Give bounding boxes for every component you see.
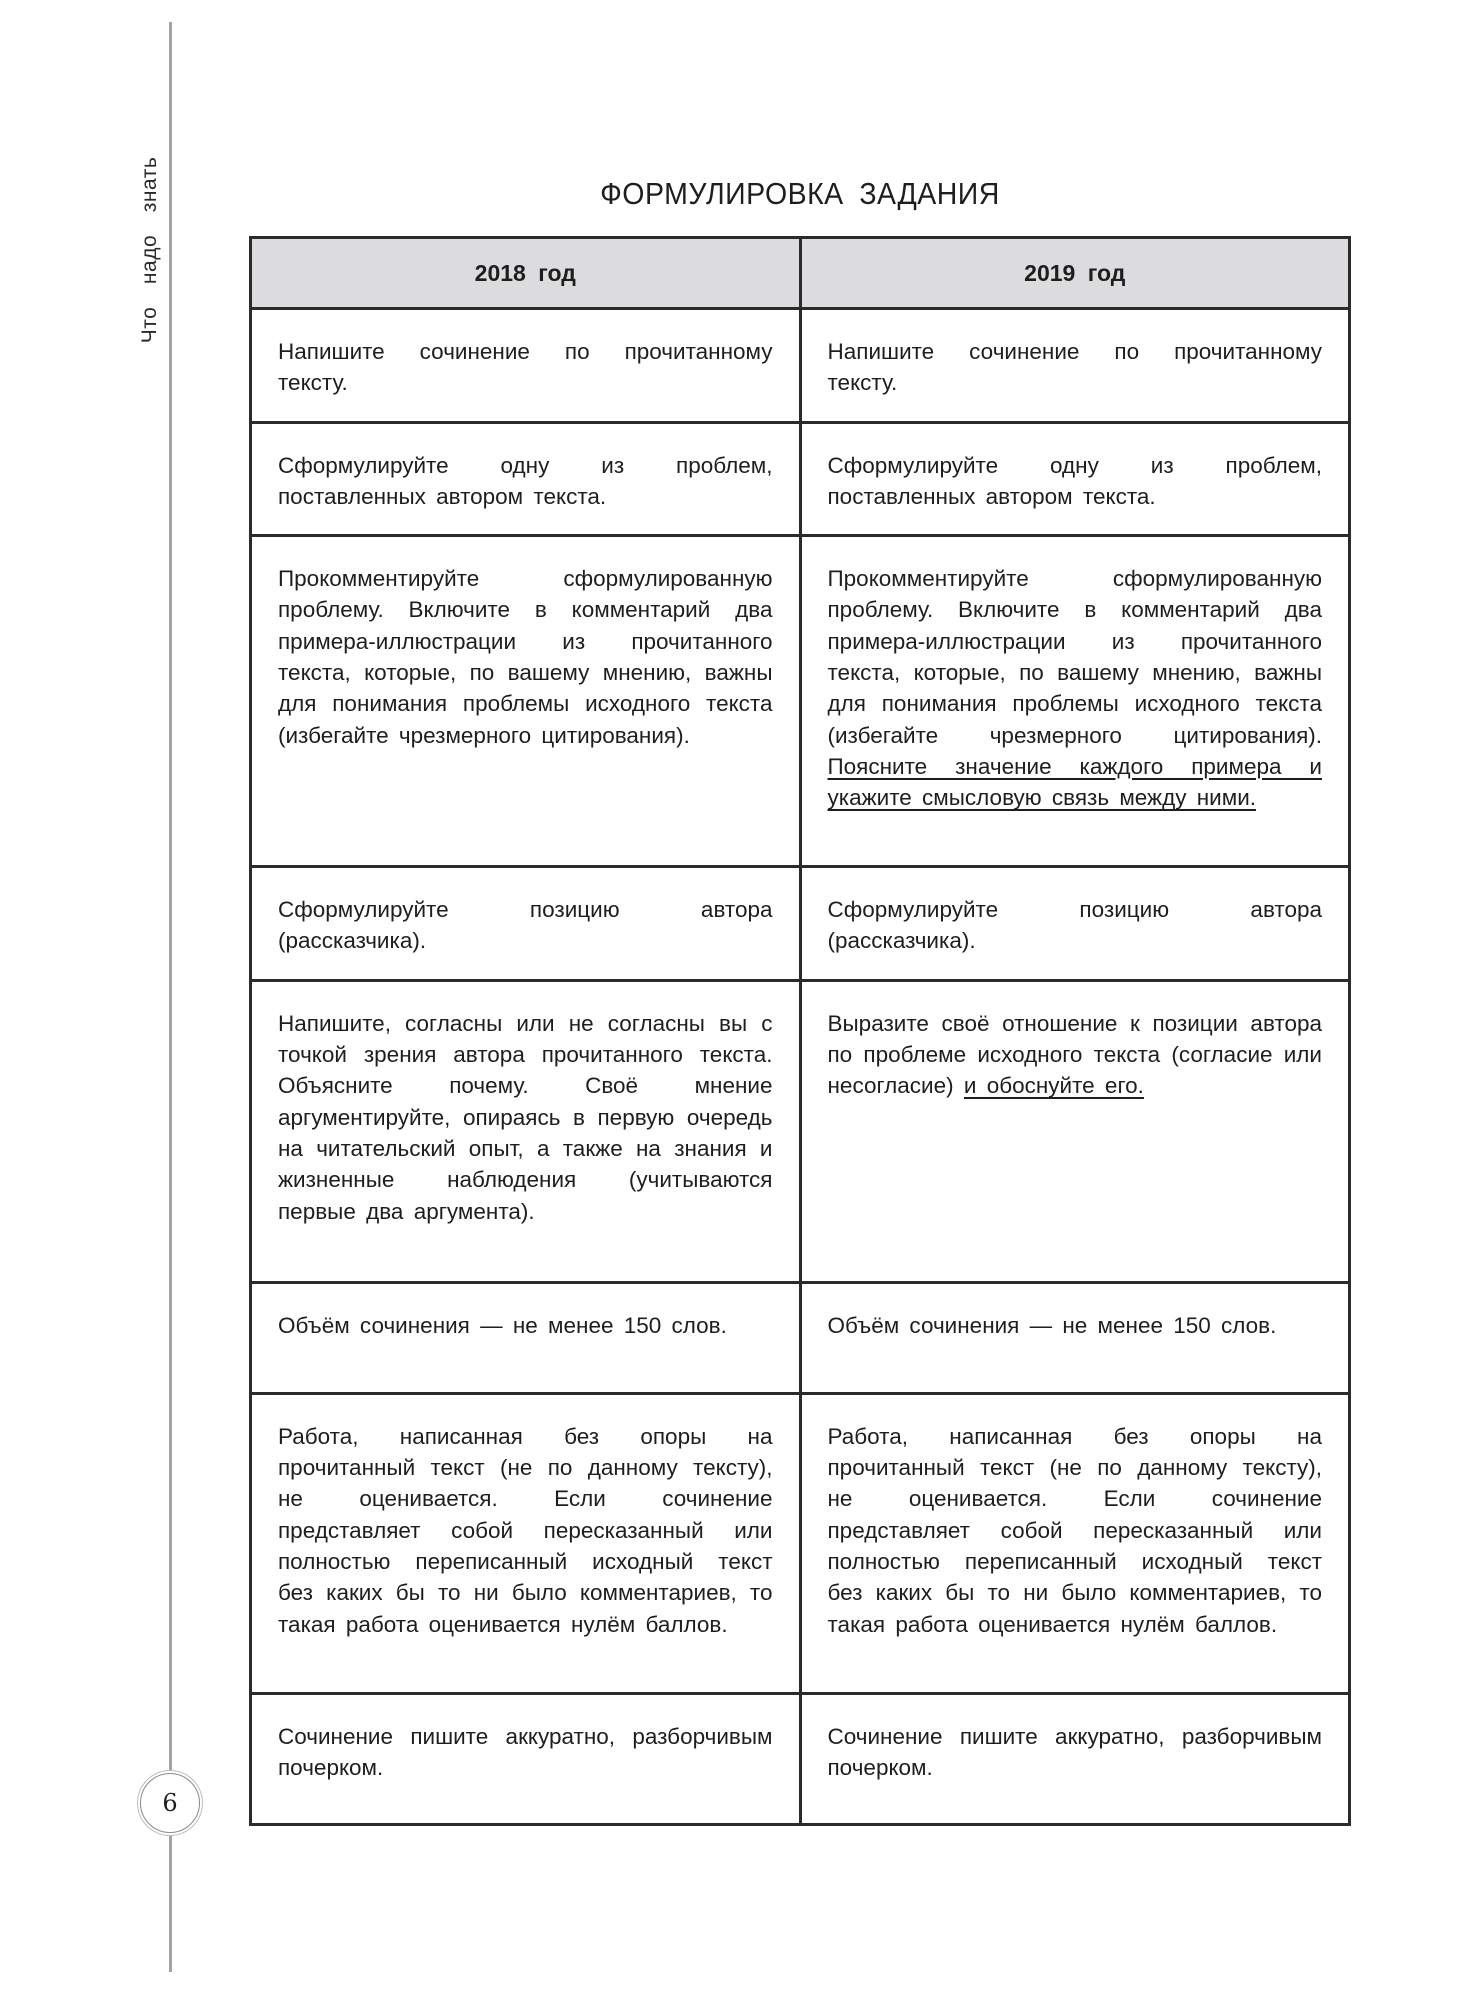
task-comparison-table: 2018 год 2019 год Напишите сочинение по …: [249, 236, 1351, 1826]
emphasized-text: Поясните значение каждого примера и укаж…: [828, 754, 1323, 810]
cell-2019: Прокомментируйте сформулированную пробле…: [800, 536, 1350, 867]
cell-2018: Сформулируйте одну из проблем, поставлен…: [251, 422, 801, 536]
cell-2018: Сформулируйте позицию автора (рассказчик…: [251, 867, 801, 981]
page-number-badge: 6: [140, 1773, 200, 1833]
cell-2019: Выразите своё отношение к позиции автора…: [800, 980, 1350, 1282]
cell-text: Объём сочинения — не менее 150 слов.: [278, 1313, 727, 1338]
table-row: Работа, написанная без опоры на прочитан…: [251, 1393, 1350, 1693]
running-head: Что надо знать: [138, 157, 162, 344]
table-row: Напишите сочинение по прочитанному текст…: [251, 309, 1350, 423]
cell-2018: Объём сочинения — не менее 150 слов.: [251, 1282, 801, 1393]
cell-text: Прокомментируйте сформулированную пробле…: [828, 566, 1323, 747]
cell-text: Сформулируйте позицию автора (рассказчик…: [828, 897, 1323, 953]
cell-2018: Прокомментируйте сформулированную пробле…: [251, 536, 801, 867]
table-row: Прокомментируйте сформулированную пробле…: [251, 536, 1350, 867]
cell-2019: Объём сочинения — не менее 150 слов.: [800, 1282, 1350, 1393]
table-row: Сформулируйте одну из проблем, поставлен…: [251, 422, 1350, 536]
column-header-2019: 2019 год: [800, 238, 1350, 309]
table-row: Сформулируйте позицию автора (рассказчик…: [251, 867, 1350, 981]
cell-text: Сформулируйте одну из проблем, поставлен…: [278, 453, 773, 509]
cell-text: Напишите сочинение по прочитанному текст…: [828, 339, 1323, 395]
cell-text: Напишите, согласны или не согласны вы с …: [278, 1011, 773, 1224]
cell-2019: Напишите сочинение по прочитанному текст…: [800, 309, 1350, 423]
page-title: ФОРМУЛИРОВКА ЗАДАНИЯ: [294, 176, 1306, 212]
cell-text: Работа, написанная без опоры на прочитан…: [278, 1424, 773, 1637]
cell-2019: Работа, написанная без опоры на прочитан…: [800, 1393, 1350, 1693]
page-number: 6: [162, 1789, 177, 1817]
cell-text: Сочинение пишите аккуратно, разборчивым …: [828, 1724, 1323, 1780]
table-row: Напишите, согласны или не согласны вы с …: [251, 980, 1350, 1282]
margin-rule: [169, 22, 172, 1972]
cell-2018: Сочинение пишите аккуратно, разборчивым …: [251, 1693, 801, 1824]
cell-2019: Сформулируйте позицию автора (рассказчик…: [800, 867, 1350, 981]
table-body: Напишите сочинение по прочитанному текст…: [251, 309, 1350, 1825]
cell-text: Прокомментируйте сформулированную пробле…: [278, 566, 773, 747]
cell-text: Сочинение пишите аккуратно, разборчивым …: [278, 1724, 773, 1780]
cell-2018: Напишите, согласны или не согласны вы с …: [251, 980, 801, 1282]
cell-2019: Сформулируйте одну из проблем, поставлен…: [800, 422, 1350, 536]
cell-2018: Работа, написанная без опоры на прочитан…: [251, 1393, 801, 1693]
emphasized-text: и обоснуйте его.: [964, 1073, 1144, 1098]
table-row: Объём сочинения — не менее 150 слов. Объ…: [251, 1282, 1350, 1393]
cell-2019: Сочинение пишите аккуратно, разборчивым …: [800, 1693, 1350, 1824]
cell-text: Сформулируйте позицию автора (рассказчик…: [278, 897, 773, 953]
cell-2018: Напишите сочинение по прочитанному текст…: [251, 309, 801, 423]
cell-text: Работа, написанная без опоры на прочитан…: [828, 1424, 1323, 1637]
cell-text: Объём сочинения — не менее 150 слов.: [828, 1313, 1277, 1338]
table-row: Сочинение пишите аккуратно, разборчивым …: [251, 1693, 1350, 1824]
table-header-row: 2018 год 2019 год: [251, 238, 1350, 309]
cell-text: Напишите сочинение по прочитанному текст…: [278, 339, 773, 395]
cell-text: Сформулируйте одну из проблем, поставлен…: [828, 453, 1323, 509]
column-header-2018: 2018 год: [251, 238, 801, 309]
